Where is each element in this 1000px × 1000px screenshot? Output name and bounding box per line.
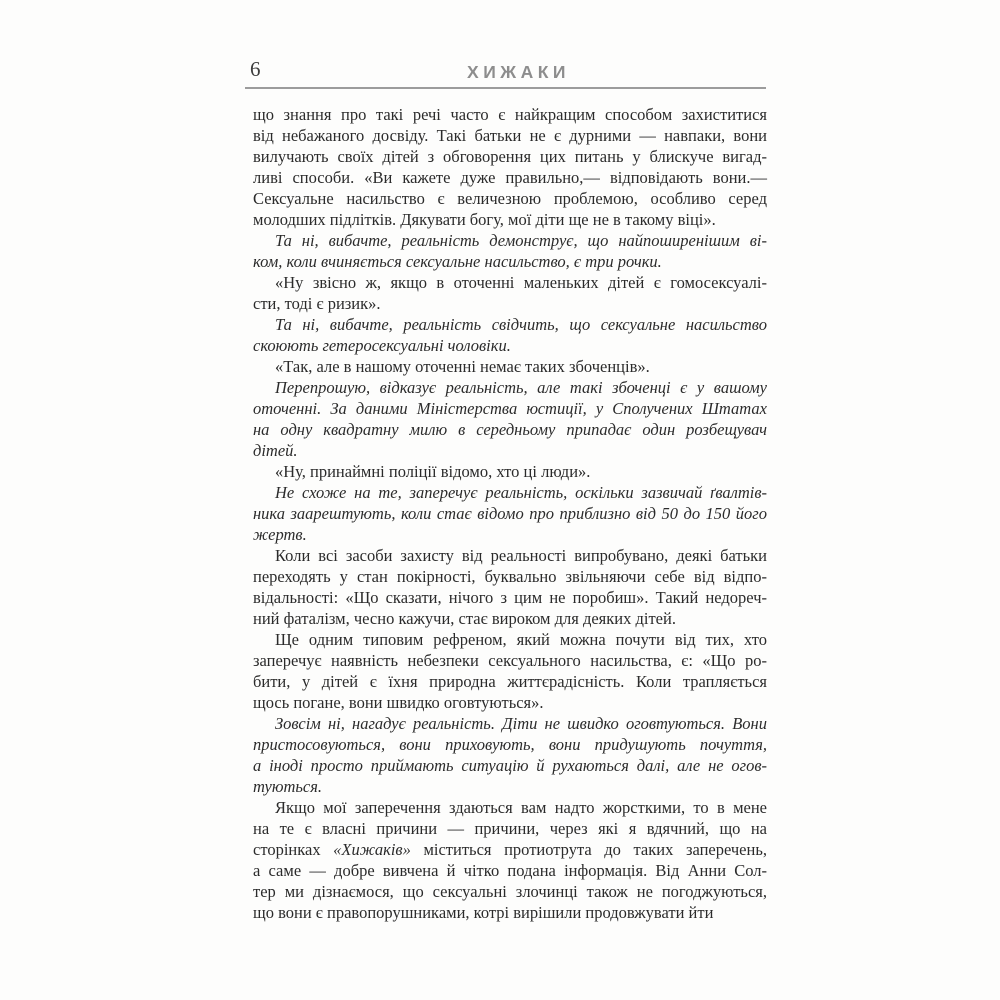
text-line: щось погане, вони швидко оговтуються».	[253, 692, 767, 713]
text-run: ника заарештують, коли стає відомо про п…	[253, 504, 767, 523]
text-run: ний фаталізм, чесно кажучи, стає вироком…	[253, 609, 676, 628]
text-line: Якщо мої заперечення здаються вам надто …	[253, 797, 767, 818]
text-line: Коли всі засоби захисту від реальності в…	[253, 545, 767, 566]
paragraph: Зовсім ні, нагадує реальність. Діти не ш…	[253, 713, 767, 797]
text-line: а іноді просто приймають ситуацію й руха…	[253, 755, 767, 776]
text-run: сторінках	[253, 840, 333, 859]
text-line: пристосовуються, вони приховують, вони п…	[253, 734, 767, 755]
text-run: що знання про такі речі часто є найкращи…	[253, 105, 767, 124]
header-rule	[245, 87, 766, 89]
paragraph: Перепрошую, відказує реальність, але так…	[253, 377, 767, 461]
text-line: дітей.	[253, 440, 767, 461]
text-line: ком, коли вчиняється сексуальне насильст…	[253, 251, 767, 272]
paragraph: Коли всі засоби захисту від реальності в…	[253, 545, 767, 629]
text-run: оточенні. За даними Міністерства юстиції…	[253, 399, 767, 418]
text-run: скоюють гетеросексуальні чоловіки.	[253, 336, 511, 355]
text-line: переходять у стан покірності, буквально …	[253, 566, 767, 587]
text-run: заперечує наявність небезпеки сексуально…	[253, 651, 767, 670]
paragraph: «Так, але в нашому оточенні немає таких …	[253, 356, 767, 377]
text-line: «Так, але в нашому оточенні немає таких …	[253, 356, 767, 377]
text-line: ливі способи. «Ви кажете дуже правильно,…	[253, 167, 767, 188]
text-run: на одну квадратну милю в середньому прип…	[253, 420, 767, 439]
text-line: «Ну звісно ж, якщо в оточенні маленьких …	[253, 272, 767, 293]
text-run: вилучають своїх дітей з обговорення цих …	[253, 147, 767, 166]
text-run: що вони є правопорушниками, котрі виріши…	[253, 903, 713, 922]
paragraph: Якщо мої заперечення здаються вам надто …	[253, 797, 767, 923]
text-run: а саме — добре вивчена й чітко подана ін…	[253, 861, 767, 880]
paragraph: «Ну, принаймні поліції відомо, хто ці лю…	[253, 461, 767, 482]
text-line: сти, тоді є ризик».	[253, 293, 767, 314]
text-run: відальності: «Що сказати, нічого з цим н…	[253, 588, 767, 607]
text-line: скоюють гетеросексуальні чоловіки.	[253, 335, 767, 356]
text-run: «Хижаків»	[333, 840, 411, 859]
paragraph: Не схоже на те, заперечує реальність, ос…	[253, 482, 767, 545]
text-run: тер ми дізнаємося, що сексуальні злочинц…	[253, 882, 767, 901]
text-line: «Ну, принаймні поліції відомо, хто ці лю…	[253, 461, 767, 482]
text-line: жертв.	[253, 524, 767, 545]
text-line: ний фаталізм, чесно кажучи, стає вироком…	[253, 608, 767, 629]
text-line: бити, у дітей є їхня природна життєрадіс…	[253, 671, 767, 692]
text-line: від небажаного досвіду. Такі батьки не є…	[253, 125, 767, 146]
text-run: Сексуальне насильство є величезною пробл…	[253, 189, 767, 208]
text-run: щось погане, вони швидко оговтуються».	[253, 693, 544, 712]
text-line: Та ні, вибачте, реальність свідчить, що …	[253, 314, 767, 335]
text-line: Та ні, вибачте, реальність демонструє, щ…	[253, 230, 767, 251]
page-text: що знання про такі речі часто є найкращи…	[253, 104, 767, 923]
paragraph: що знання про такі речі часто є найкращи…	[253, 104, 767, 230]
text-line: ника заарештують, коли стає відомо про п…	[253, 503, 767, 524]
paragraph: Та ні, вибачте, реальність свідчить, що …	[253, 314, 767, 356]
text-run: Та ні, вибачте, реальність демонструє, щ…	[275, 231, 767, 250]
text-line: що вони є правопорушниками, котрі виріши…	[253, 902, 767, 923]
text-run: «Ну, принаймні поліції відомо, хто ці лю…	[275, 462, 590, 481]
paragraph: «Ну звісно ж, якщо в оточенні маленьких …	[253, 272, 767, 314]
text-run: бити, у дітей є їхня природна життєрадіс…	[253, 672, 767, 691]
text-run: пристосовуються, вони приховують, вони п…	[253, 735, 767, 754]
text-line: молодших підлітків. Дякувати богу, мої д…	[253, 209, 767, 230]
text-line: відальності: «Що сказати, нічого з цим н…	[253, 587, 767, 608]
text-run: від небажаного досвіду. Такі батьки не є…	[253, 126, 767, 145]
text-run: «Ну звісно ж, якщо в оточенні маленьких …	[275, 273, 767, 292]
text-run: Не схоже на те, заперечує реальність, ос…	[275, 483, 767, 502]
text-run: Коли всі засоби захисту від реальності в…	[275, 546, 767, 565]
text-line: а саме — добре вивчена й чітко подана ін…	[253, 860, 767, 881]
text-run: а іноді просто приймають ситуацію й руха…	[253, 756, 767, 775]
text-line: на те є власні причини — причини, через …	[253, 818, 767, 839]
text-run: Зовсім ні, нагадує реальність. Діти не ш…	[275, 714, 767, 733]
text-line: Не схоже на те, заперечує реальність, ос…	[253, 482, 767, 503]
text-run: молодших підлітків. Дякувати богу, мої д…	[253, 210, 716, 229]
text-run: «Так, але в нашому оточенні немає таких …	[275, 357, 650, 376]
text-run: дітей.	[253, 441, 298, 460]
text-line: заперечує наявність небезпеки сексуально…	[253, 650, 767, 671]
book-page: 6 ХИЖАКИ що знання про такі речі часто є…	[0, 0, 1000, 1000]
text-line: на одну квадратну милю в середньому прип…	[253, 419, 767, 440]
text-line: Зовсім ні, нагадує реальність. Діти не ш…	[253, 713, 767, 734]
text-run: туються.	[253, 777, 322, 796]
text-line: оточенні. За даними Міністерства юстиції…	[253, 398, 767, 419]
text-line: Ще одним типовим рефреном, який можна по…	[253, 629, 767, 650]
text-run: Перепрошую, відказує реальність, але так…	[275, 378, 767, 397]
paragraph: Ще одним типовим рефреном, який можна по…	[253, 629, 767, 713]
text-line: Перепрошую, відказує реальність, але так…	[253, 377, 767, 398]
text-run: на те є власні причини — причини, через …	[253, 819, 767, 838]
text-run: ливі способи. «Ви кажете дуже правильно,…	[253, 168, 767, 187]
paragraph: Та ні, вибачте, реальність демонструє, щ…	[253, 230, 767, 272]
text-line: туються.	[253, 776, 767, 797]
text-run: сти, тоді є ризик».	[253, 294, 381, 313]
text-run: Ще одним типовим рефреном, який можна по…	[275, 630, 767, 649]
text-run: жертв.	[253, 525, 307, 544]
text-line: що знання про такі речі часто є найкращи…	[253, 104, 767, 125]
text-run: переходять у стан покірності, буквально …	[253, 567, 767, 586]
text-run: міститься протиотрута до таких заперечен…	[411, 840, 767, 859]
text-run: ком, коли вчиняється сексуальне насильст…	[253, 252, 662, 271]
text-run: Та ні, вибачте, реальність свідчить, що …	[275, 315, 767, 334]
text-line: Сексуальне насильство є величезною пробл…	[253, 188, 767, 209]
running-header: ХИЖАКИ	[245, 62, 766, 83]
text-line: тер ми дізнаємося, що сексуальні злочинц…	[253, 881, 767, 902]
text-run: Якщо мої заперечення здаються вам надто …	[275, 798, 767, 817]
text-line: сторінках «Хижаків» міститься протиотрут…	[253, 839, 767, 860]
text-line: вилучають своїх дітей з обговорення цих …	[253, 146, 767, 167]
